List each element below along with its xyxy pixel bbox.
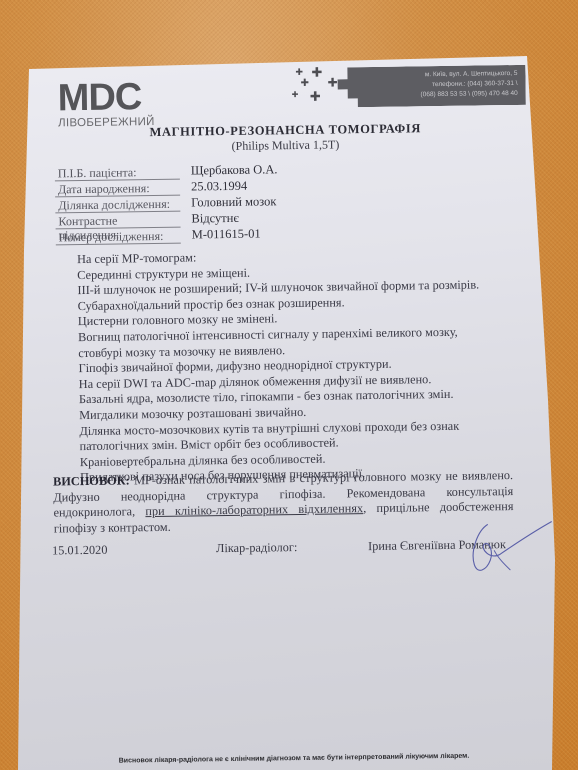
handwritten-signature-icon [460, 519, 561, 580]
conclusion-heading: ВИСНОВОК: [53, 473, 130, 488]
disclaimer: Висновок лікаря-радіолога не є клінічним… [5, 751, 578, 766]
field-label: Контрастне підсилення: [55, 213, 180, 230]
conclusion-underlined-text: при клініко-лабораторних відхиленнях [145, 501, 363, 518]
field-value: Щербакова О.А. [191, 162, 278, 177]
signature-row: 15.01.2020 Лікар-радіолог: Ірина Євгенії… [52, 537, 522, 564]
report-date: 15.01.2020 [52, 543, 108, 559]
contact-block: м. Київ, вул. А. Шептицького, 5 телефони… [335, 65, 526, 108]
conclusion-text: ендокринолога, [53, 504, 145, 519]
field-label: Ділянка дослідження: [55, 197, 180, 214]
document: MDC ЛІВОБЕРЕЖНИЙ ✚ ✚ ✚ ✚ ✚ ✚ м. Київ, ву… [0, 0, 578, 770]
field-value: 25.03.1994 [191, 179, 247, 194]
conclusion-text: , прицільне дообстеження [363, 499, 514, 515]
findings: На серії МР-томограм: Серединні структур… [77, 246, 520, 486]
field-value: Головний мозок [191, 194, 276, 209]
clinic-logo: MDC ЛІВОБЕРЕЖНИЙ [58, 80, 155, 129]
clinic-phone-2: (068) 883 53 53 \ (095) 470 48 40 [420, 89, 517, 100]
field-value: Відсутнє [191, 211, 239, 226]
field-label: Дата народження: [55, 181, 180, 198]
conclusion: ВИСНОВОК: МР-ознак патологічних змін в с… [53, 468, 514, 537]
doctor-role: Лікар-радіолог: [216, 540, 297, 556]
field-value: М-011615-01 [192, 227, 261, 242]
field-label: Номер дослідження: [56, 229, 181, 246]
logo-brand: MDC [58, 80, 155, 115]
field-label: П.І.Б. пацієнта: [55, 165, 180, 182]
patient-info: П.І.Б. пацієнта: Щербакова О.А. Дата нар… [55, 159, 496, 245]
